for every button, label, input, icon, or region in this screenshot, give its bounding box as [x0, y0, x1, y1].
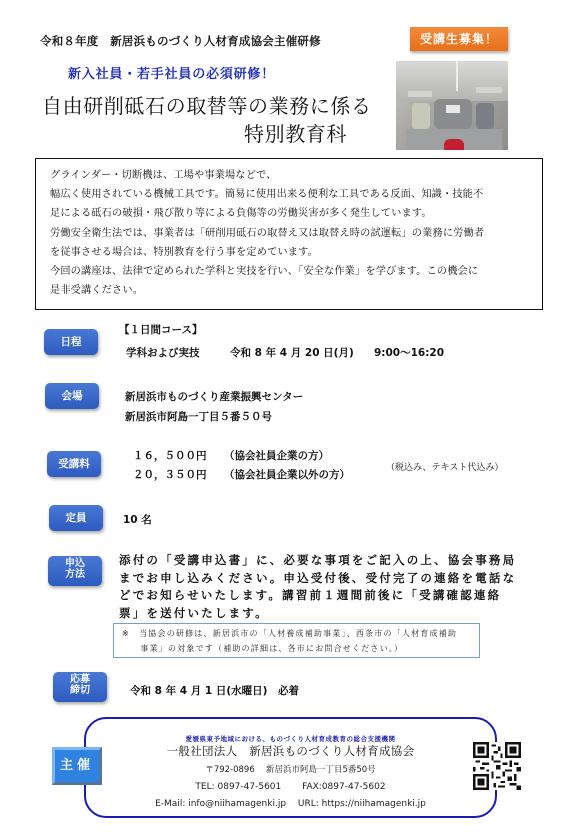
description-line: を従事させる場合は、特別教育を行う事を定めています。	[50, 243, 530, 262]
application-line: 添付の「受講申込書」に、必要な事項をご記入の上、協会事務局	[119, 552, 516, 570]
description-line: グラインダー・切断機は、工場や事業場などで、	[50, 166, 530, 185]
schedule-course: 【１日間コース】	[119, 322, 202, 337]
deadline-value: 令和 8 年 4 月 1 日(水曜日) 必着	[130, 683, 299, 698]
description-line: 足による砥石の破損・飛び散り等による負傷等の労働災害が多く発生しています。	[50, 204, 530, 223]
page-title: 自由研削砥石の取替等の業務に係る	[42, 90, 372, 119]
recruit-badge: 受講生募集！	[410, 27, 508, 51]
organizer-contact[interactable]: E-Mail: info@niihamagenki.jp URL: https:…	[84, 796, 497, 809]
capacity-label: 定員	[49, 505, 103, 531]
description-line: 是非受講ください。	[50, 281, 530, 300]
description-line: 今回の講座は、法律で定められた学科と実技を行い、「安全な作業」を学びます。この機…	[50, 262, 530, 281]
description-line: 幅広く使用されている機械工具です。簡易に使用出来る便利な工具である反面、知識・技…	[50, 185, 530, 204]
event-header: 令和８年度 新居浜ものづくり人材育成協会主催研修	[40, 33, 321, 49]
fee-tax-note: （税込み、テキスト代込み）	[386, 460, 503, 473]
schedule-time: 9:00〜16:20	[374, 345, 444, 360]
deadline-label: 応募 締切	[53, 672, 107, 702]
schedule-label: 日程	[44, 329, 98, 355]
venue-address: 新居浜市阿島一丁目５番５０号	[125, 409, 272, 424]
organizer-tagline: 愛媛県東予地域における、ものづくり人材育成教育の総合支援機関	[84, 734, 497, 743]
grinder-photo	[396, 61, 508, 150]
fee-member-price: １６，５００円	[133, 448, 207, 463]
qr-code-icon[interactable]	[473, 742, 521, 790]
application-line: 票」を送付いたします。	[119, 605, 516, 623]
organizer-address: 〒792-0896 新居浜市阿島一丁目5番50号	[84, 763, 497, 775]
description-box: グラインダー・切断機は、工場や事業場などで、 幅広く使用されている機械工具です。…	[35, 158, 543, 310]
fee-nonmember-note: （協会社員企業以外の方）	[224, 467, 350, 482]
capacity-value: 10 名	[123, 512, 152, 527]
subsidy-note: ※ 当協会の研修は、新居浜市の「人材養成補助事業」、西条市の「人材育成補助 事業…	[113, 623, 480, 658]
organizer-phone: TEL: 0897-47-5601 FAX:0897-47-5602	[84, 779, 497, 792]
page-title-line2: 特別教育科	[244, 118, 347, 147]
fee-label: 受講料	[47, 451, 101, 477]
venue-label: 会場	[45, 383, 99, 409]
subtitle: 新入社員・若手社員の必須研修！	[68, 63, 275, 82]
description-line: 労働安全衛生法では、事業者は「研削用砥石の取替え又は取替え時の試運転」の業務に労…	[50, 224, 530, 243]
schedule-date: 令和 8 年 4 月 20 日(月)	[230, 345, 354, 360]
organizer-name: 一般社団法人 新居浜ものづくり人材育成協会	[84, 743, 497, 759]
venue-name: 新居浜市ものづくり産業振興センター	[125, 389, 303, 404]
schedule-subject: 学科および実技	[126, 345, 200, 360]
fee-nonmember-price: ２０，３５０円	[133, 467, 207, 482]
application-text: 添付の「受講申込書」に、必要な事項をご記入の上、協会事務局 までお申し込みくださ…	[119, 552, 516, 622]
application-label: 申込 方法	[48, 556, 102, 586]
fee-member-note: （協会社員企業の方）	[224, 448, 329, 463]
application-line: どでお知らせいたします。講習前１週間前後に「受講確認連絡	[119, 587, 516, 605]
application-line: までお申し込みください。申込受付後、受付完了の連絡を電話な	[119, 570, 516, 588]
